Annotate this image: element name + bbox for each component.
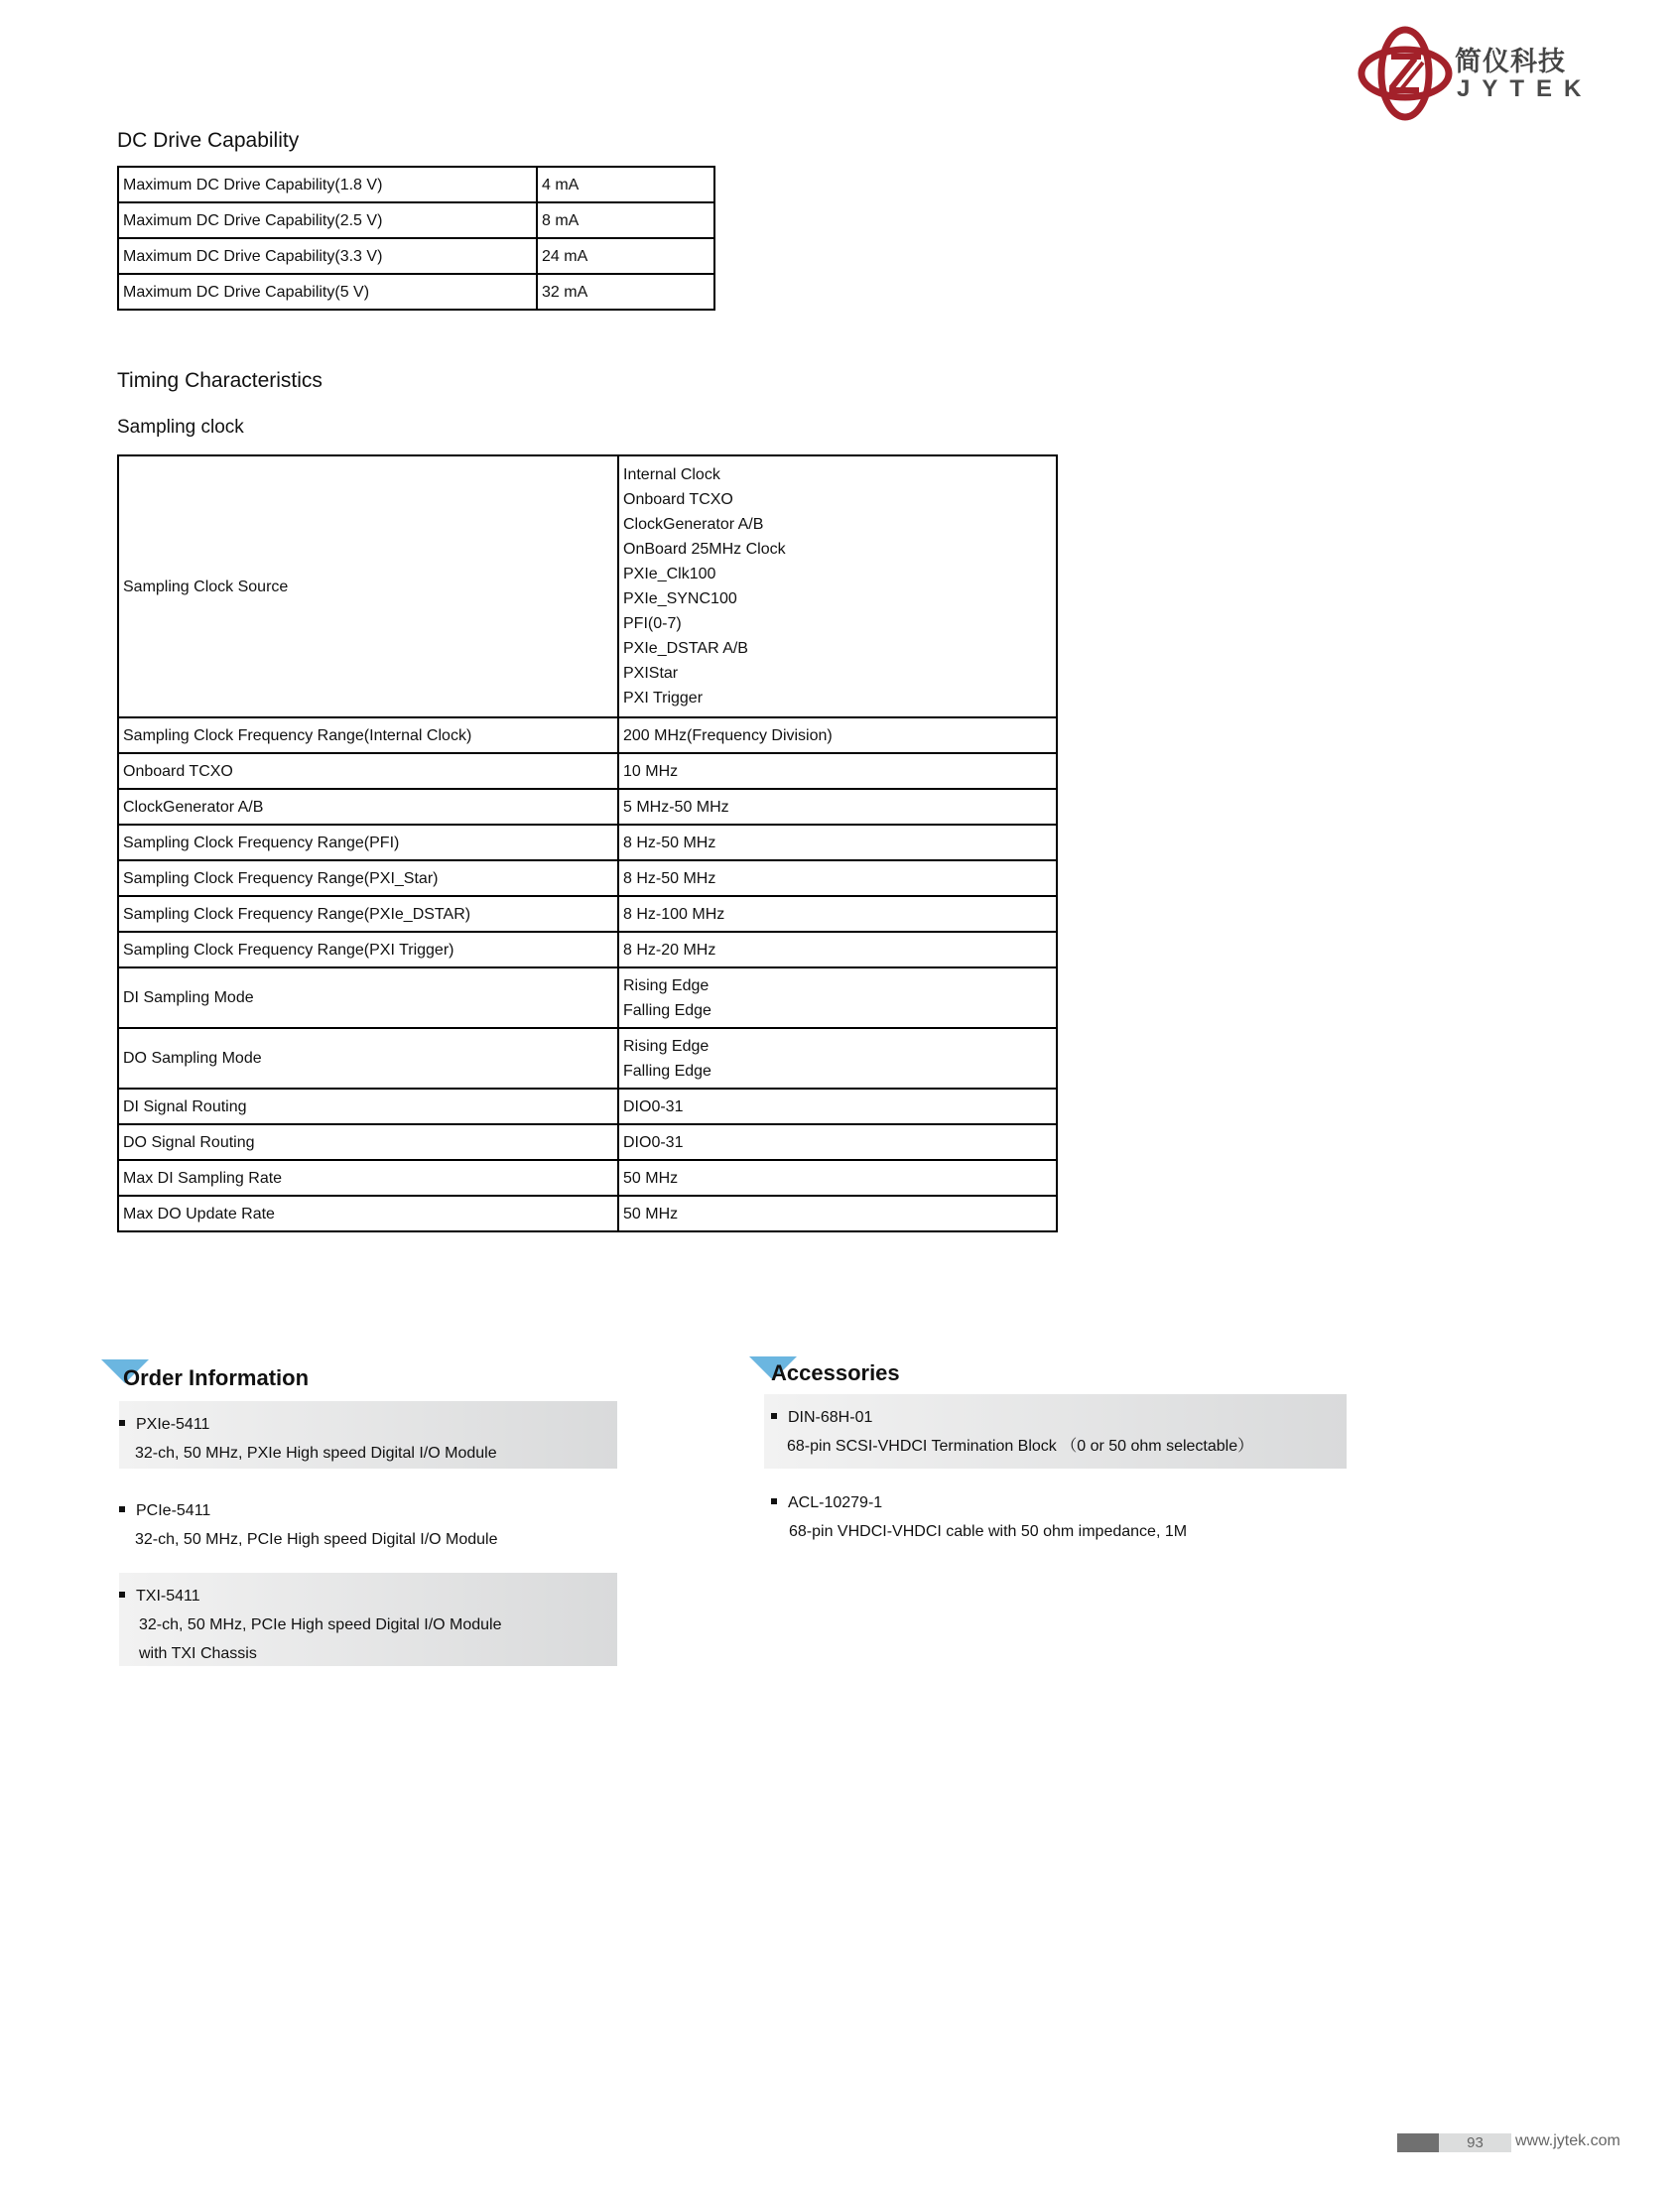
dc-drive-title: DC Drive Capability	[117, 129, 299, 153]
table-row: Sampling Clock SourceInternal ClockOnboa…	[118, 455, 1057, 717]
sampling-clock-table: Sampling Clock SourceInternal ClockOnboa…	[117, 454, 1058, 1232]
bullet-icon	[119, 1506, 125, 1512]
list-item: ACL-10279-168-pin VHDCI-VHDCI cable with…	[771, 1488, 1187, 1546]
cell-line: Falling Edge	[623, 998, 1052, 1023]
bullet-icon	[119, 1592, 125, 1598]
row-label: Sampling Clock Frequency Range(Internal …	[118, 717, 618, 753]
cell-line: PXIe_DSTAR A/B	[623, 636, 1052, 661]
row-label: Sampling Clock Frequency Range(PXIe_DSTA…	[118, 896, 618, 932]
row-label: DI Sampling Mode	[118, 967, 618, 1028]
brand-name-cn: 简仪科技	[1455, 40, 1566, 78]
row-value: 50 MHz	[618, 1160, 1057, 1196]
row-label: Max DI Sampling Rate	[118, 1160, 618, 1196]
footer-bar	[1397, 2133, 1439, 2152]
row-label: Maximum DC Drive Capability(3.3 V)	[118, 238, 537, 274]
list-item: PXIe-541132-ch, 50 MHz, PXIe High speed …	[119, 1410, 497, 1468]
row-label: ClockGenerator A/B	[118, 789, 618, 825]
row-value: DIO0-31	[618, 1124, 1057, 1160]
cell-line: PXIe_Clk100	[623, 562, 1052, 586]
row-label: DO Sampling Mode	[118, 1028, 618, 1089]
item-model: PCIe-5411	[136, 1502, 210, 1519]
row-value-list: Rising EdgeFalling Edge	[618, 1028, 1057, 1089]
row-value: 32 mA	[537, 274, 714, 310]
row-value: 200 MHz(Frequency Division)	[618, 717, 1057, 753]
row-label: Sampling Clock Frequency Range(PXI Trigg…	[118, 932, 618, 967]
cell-line: ClockGenerator A/B	[623, 512, 1052, 537]
table-row: Maximum DC Drive Capability(3.3 V)24 mA	[118, 238, 714, 274]
list-item: DIN-68H-0168-pin SCSI-VHDCI Termination …	[771, 1403, 1253, 1461]
table-row: Sampling Clock Frequency Range(PXI Trigg…	[118, 932, 1057, 967]
item-model: TXI-5411	[136, 1588, 200, 1605]
row-value: 50 MHz	[618, 1196, 1057, 1231]
table-row: DO Signal RoutingDIO0-31	[118, 1124, 1057, 1160]
cell-line: Rising Edge	[623, 973, 1052, 998]
row-label: Maximum DC Drive Capability(2.5 V)	[118, 202, 537, 238]
list-item: TXI-541132-ch, 50 MHz, PCIe High speed D…	[119, 1582, 502, 1668]
row-value: 8 Hz-100 MHz	[618, 896, 1057, 932]
row-value: DIO0-31	[618, 1089, 1057, 1124]
order-title: Order Information	[123, 1365, 309, 1391]
list-item: PCIe-541132-ch, 50 MHz, PCIe High speed …	[119, 1496, 498, 1554]
row-label: DO Signal Routing	[118, 1124, 618, 1160]
table-row: DI Sampling ModeRising EdgeFalling Edge	[118, 967, 1057, 1028]
item-model: PXIe-5411	[136, 1416, 209, 1433]
cell-line: Falling Edge	[623, 1059, 1052, 1084]
cell-line: PFI(0-7)	[623, 611, 1052, 636]
cell-line: Onboard TCXO	[623, 487, 1052, 512]
accessories-title: Accessories	[771, 1360, 900, 1386]
cell-line: PXIStar	[623, 661, 1052, 686]
row-label: Maximum DC Drive Capability(5 V)	[118, 274, 537, 310]
row-value: 24 mA	[537, 238, 714, 274]
table-row: DI Signal RoutingDIO0-31	[118, 1089, 1057, 1124]
cell-line: PXIe_SYNC100	[623, 586, 1052, 611]
table-row: Sampling Clock Frequency Range(PFI)8 Hz-…	[118, 825, 1057, 860]
row-value: 8 Hz-50 MHz	[618, 825, 1057, 860]
brand-name-en: JYTEK	[1457, 75, 1593, 103]
table-row: Onboard TCXO10 MHz	[118, 753, 1057, 789]
table-row: Maximum DC Drive Capability(5 V)32 mA	[118, 274, 714, 310]
row-value: 10 MHz	[618, 753, 1057, 789]
table-row: Sampling Clock Frequency Range(Internal …	[118, 717, 1057, 753]
item-description: with TXI Chassis	[119, 1639, 502, 1668]
table-row: Max DI Sampling Rate50 MHz	[118, 1160, 1057, 1196]
table-row: ClockGenerator A/B5 MHz-50 MHz	[118, 789, 1057, 825]
table-row: Maximum DC Drive Capability(2.5 V)8 mA	[118, 202, 714, 238]
cell-line: OnBoard 25MHz Clock	[623, 537, 1052, 562]
item-description: 32-ch, 50 MHz, PCIe High speed Digital I…	[119, 1525, 498, 1554]
row-label: Max DO Update Rate	[118, 1196, 618, 1231]
table-row: Sampling Clock Frequency Range(PXIe_DSTA…	[118, 896, 1057, 932]
cell-line: Rising Edge	[623, 1034, 1052, 1059]
bullet-icon	[771, 1413, 777, 1419]
table-row: DO Sampling ModeRising EdgeFalling Edge	[118, 1028, 1057, 1089]
brand-logo: 简仪科技 JYTEK	[1357, 26, 1576, 121]
bullet-icon	[771, 1498, 777, 1504]
row-value-list: Internal ClockOnboard TCXOClockGenerator…	[618, 455, 1057, 717]
table-row: Max DO Update Rate50 MHz	[118, 1196, 1057, 1231]
jytek-logo-icon	[1357, 26, 1453, 121]
item-description: 68-pin SCSI-VHDCI Termination Block （0 o…	[771, 1432, 1253, 1461]
footer-url[interactable]: www.jytek.com	[1515, 2132, 1620, 2150]
item-description: 68-pin VHDCI-VHDCI cable with 50 ohm imp…	[771, 1517, 1187, 1546]
table-row: Sampling Clock Frequency Range(PXI_Star)…	[118, 860, 1057, 896]
row-label: DI Signal Routing	[118, 1089, 618, 1124]
item-description: 32-ch, 50 MHz, PCIe High speed Digital I…	[119, 1610, 502, 1639]
cell-line: Internal Clock	[623, 462, 1052, 487]
sampling-clock-subtitle: Sampling clock	[117, 417, 244, 439]
bullet-icon	[119, 1420, 125, 1426]
cell-line: PXI Trigger	[623, 686, 1052, 710]
row-label: Sampling Clock Frequency Range(PFI)	[118, 825, 618, 860]
page-number: 93	[1439, 2133, 1511, 2152]
row-label: Sampling Clock Source	[118, 455, 618, 717]
row-value: 8 Hz-20 MHz	[618, 932, 1057, 967]
row-label: Maximum DC Drive Capability(1.8 V)	[118, 167, 537, 202]
item-description: 32-ch, 50 MHz, PXIe High speed Digital I…	[119, 1439, 497, 1468]
timing-title: Timing Characteristics	[117, 369, 323, 393]
row-value-list: Rising EdgeFalling Edge	[618, 967, 1057, 1028]
row-value: 8 mA	[537, 202, 714, 238]
dc-drive-table: Maximum DC Drive Capability(1.8 V)4 mAMa…	[117, 166, 715, 311]
item-model: DIN-68H-01	[788, 1409, 872, 1426]
item-model: ACL-10279-1	[788, 1494, 882, 1511]
row-label: Sampling Clock Frequency Range(PXI_Star)	[118, 860, 618, 896]
row-value: 4 mA	[537, 167, 714, 202]
row-value: 5 MHz-50 MHz	[618, 789, 1057, 825]
row-value: 8 Hz-50 MHz	[618, 860, 1057, 896]
table-row: Maximum DC Drive Capability(1.8 V)4 mA	[118, 167, 714, 202]
row-label: Onboard TCXO	[118, 753, 618, 789]
